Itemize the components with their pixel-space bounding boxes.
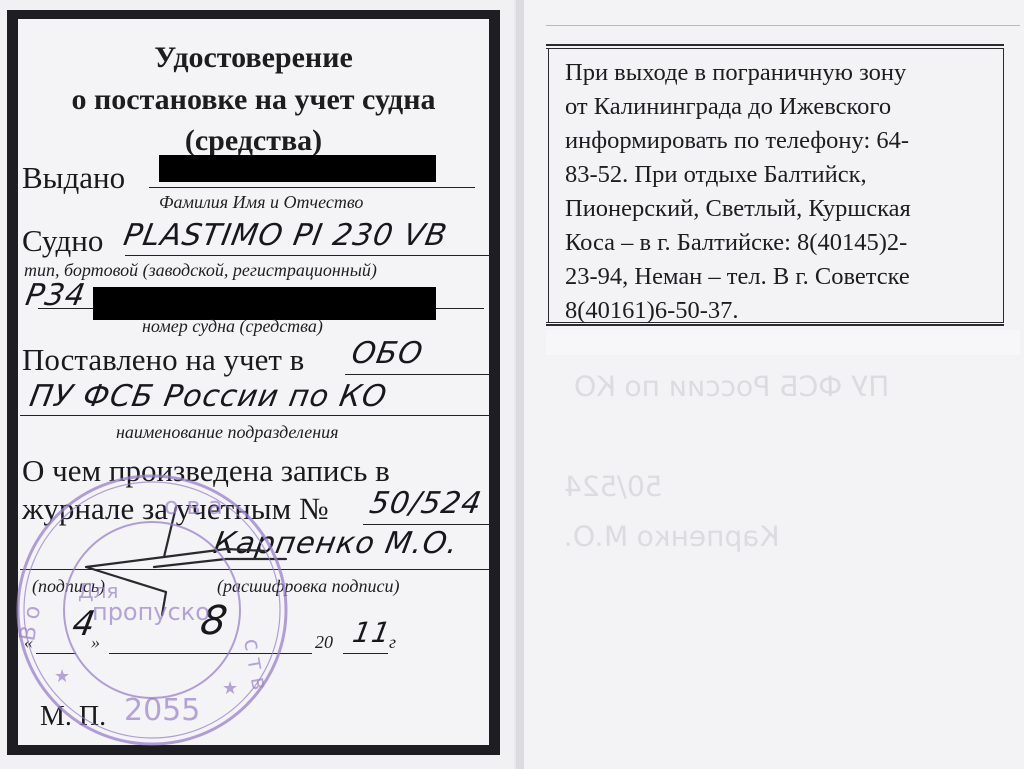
notice-left-rule [548,49,549,323]
vessel-number-caption: номер судна (средства) [142,317,323,335]
date-year-unit: г [389,633,396,651]
notice-line: 8(40161)6-50-37. [565,294,995,328]
vessel-value: PLASTIMO PI 230 VB [121,221,449,251]
notice-line: 23-94, Неман – тел. В г. Советске [565,260,995,294]
journal-number: 50/524 [367,489,484,519]
notice-top-edge [546,25,1020,26]
registered-at-value-1: ОБО [349,339,425,369]
date-year-underline [343,653,388,654]
journal-number-underline [363,524,490,525]
certificate-title-line-2: о постановке на учет судна [18,85,489,115]
notice-line: информировать по телефону: 64- [565,124,995,158]
registered-at-value-2: ПУ ФСБ России по КО [27,382,389,412]
vessel-number-prefix: Р34 [23,281,88,311]
notice-right-rule [1003,49,1004,323]
notice-card: При выходе в пограничную зону от Калинин… [524,0,1024,769]
certificate-outer-border: Удостоверение о постановке на учет судна… [7,10,500,755]
journal-label-1: О чем произведена запись в [22,455,390,486]
signature-decoding-caption: (расшифровка подписи) [217,577,400,595]
date-close-quote: » [91,633,100,651]
date-month: 8 [197,601,231,641]
vessel-underline [125,255,490,256]
vessel-caption: тип, бортовой (заводской, регистрационны… [24,261,377,279]
certificate-inner-border: Удостоверение о постановке на учет судна… [16,17,491,747]
issued-to-caption: Фамилия Имя и Отчество [159,193,363,211]
signature-caption: (подпись) [32,577,105,595]
signature-scribble [46,497,326,617]
bleed-through-text: ПУ ФСБ России по КО [571,370,892,403]
notice-text: При выходе в пограничную зону от Калинин… [565,56,995,328]
notice-top-rule-thin [546,48,1004,49]
notice-line: При выходе в пограничную зону [565,56,995,90]
notice-line: 83-52. При отдыхе Балтийск, [565,158,995,192]
date-open-quote: « [24,633,33,651]
registered-at-label: Поставлено на учет в [22,344,304,375]
notice-line: Коса – в г. Балтийске: 8(40145)2- [565,226,995,260]
issued-to-underline [149,187,475,188]
date-year-prefix: 20 [315,633,333,651]
notice-panel-edge [546,330,1020,355]
date-month-underline [109,653,312,654]
registered-at-caption: наименование подразделения [116,423,339,441]
notice-line: Пионерский, Светлый, Куршская [565,192,995,226]
registered-at-underline-2 [20,415,491,416]
issued-to-label: Выдано [22,162,125,193]
bleed-through-text: Карпенко М.О. [561,520,782,553]
signature-underline [20,569,491,570]
certificate-title-line-1: Удостоверение [18,43,489,73]
certificate-paper: Удостоверение о постановке на учет судна… [18,19,489,745]
seal-place: М. П. [40,703,106,731]
notice-line: от Калининграда до Ижевского [565,90,995,124]
date-day-underline [36,653,76,654]
registered-at-underline-1 [345,374,490,375]
redacted-name [159,155,436,182]
notice-box: При выходе в пограничную зону от Калинин… [546,44,1004,326]
date-year-suffix: 11 [351,619,394,647]
certificate-card: Удостоверение о постановке на учет судна… [0,0,514,769]
vessel-label: Судно [22,225,103,256]
notice-top-rule [546,44,1004,46]
bleed-through-text: 50/524 [561,470,665,503]
